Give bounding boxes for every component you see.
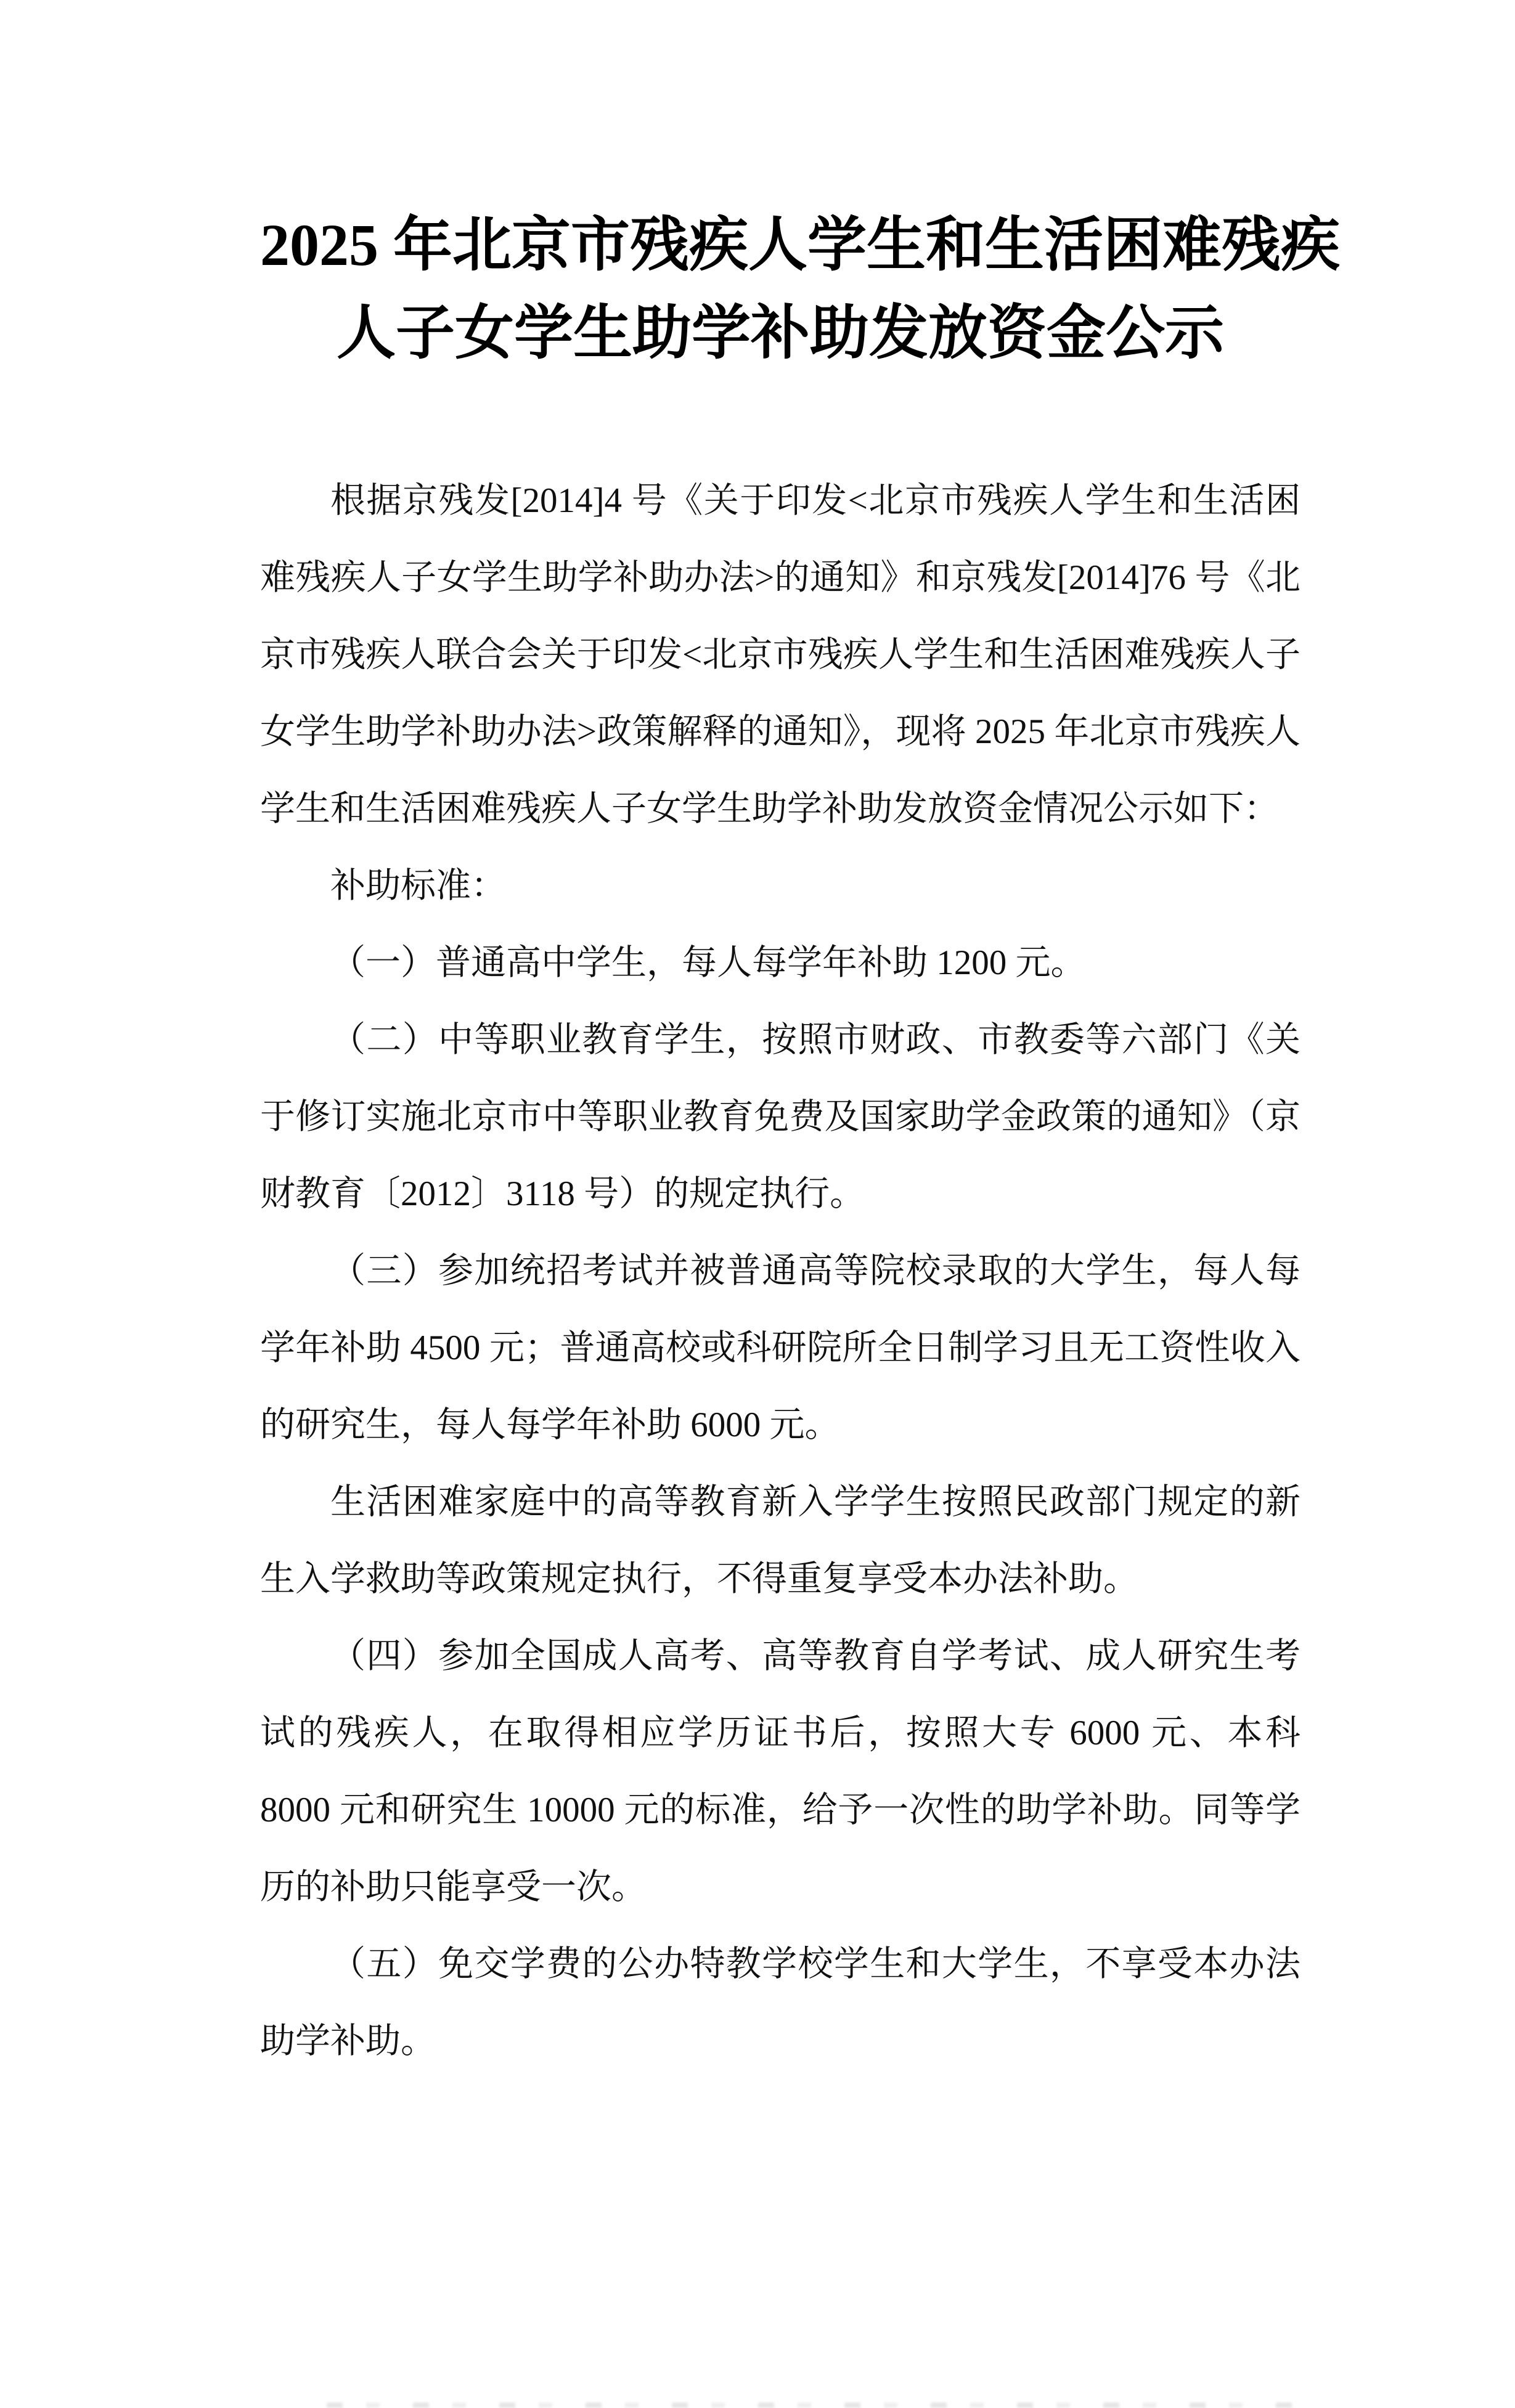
paragraph: （二）中等职业教育学生，按照市财政、市教委等六部门《关于修订实施北京市中等职业教… xyxy=(260,1001,1301,1232)
paragraph: （三）参加统招考试并被普通高等院校录取的大学生，每人每学年补助 4500 元；普… xyxy=(260,1232,1301,1463)
document-body: 根据京残发[2014]4 号《关于印发<北京市残疾人学生和生活困难残疾人子女学生… xyxy=(260,462,1301,2080)
document-title: 2025 年北京市残疾人学生和生活困难残疾人子女学生助学补助发放资金公示 xyxy=(260,201,1301,377)
document-title-line: 2025 年北京市残疾人学生和生活困难残疾 xyxy=(260,201,1301,289)
paragraph: （五）免交学费的公办特教学校学生和大学生，不享受本办法助学补助。 xyxy=(260,1926,1301,2080)
document-title-line: 人子女学生助学补助发放资金公示 xyxy=(260,289,1301,377)
paragraph: 生活困难家庭中的高等教育新入学学生按照民政部门规定的新生入学救助等政策规定执行，… xyxy=(260,1463,1301,1617)
paragraph: 根据京残发[2014]4 号《关于印发<北京市残疾人学生和生活困难残疾人子女学生… xyxy=(260,462,1301,847)
paragraph: （四）参加全国成人高考、高等教育自学考试、成人研究生考试的残疾人，在取得相应学历… xyxy=(260,1617,1301,1926)
paragraph: （一）普通高中学生，每人每学年补助 1200 元。 xyxy=(260,924,1301,1001)
page-bottom-cutoff-text-artifact xyxy=(327,2402,1299,2408)
document-page: 2025 年北京市残疾人学生和生活困难残疾人子女学生助学补助发放资金公示 根据京… xyxy=(0,0,1515,2408)
paragraph: 补助标准： xyxy=(260,847,1301,924)
